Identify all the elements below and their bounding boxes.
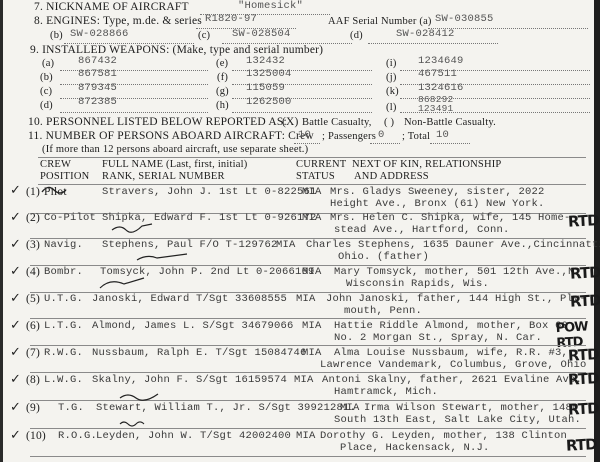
weapon-k-serial: 1324616 [418, 82, 464, 94]
crew-number: (5) [26, 293, 40, 305]
pen-scribble-icon [118, 390, 168, 402]
item11-note: (If more than 12 persons aboard aircraft… [42, 144, 308, 155]
crew-kin-line1: Irma Wilson Stewart, mother, 1480 [364, 402, 579, 414]
col-header-crew: CREW [40, 159, 71, 170]
crew-number: (10) [26, 430, 46, 442]
crew-status: MIA [302, 266, 322, 278]
crew-number: (1) [26, 186, 40, 198]
crew-kin-line1: Antoni Skalny, father, 2621 Evaline Ave. [322, 374, 582, 386]
pen-scribble-icon [40, 182, 100, 196]
crew-status: MIA [302, 186, 322, 198]
crew-kin-line2: stead Ave., Hartford, Conn. [334, 224, 510, 236]
checkmark-icon: ✓ [10, 291, 21, 306]
checkmark-icon: ✓ [10, 428, 21, 443]
weapon-f-label: (f) [217, 72, 228, 83]
crew-number: (2) [26, 212, 40, 224]
handwritten-rtd-mark: RTD [568, 211, 599, 231]
weapon-g-serial: 115059 [246, 82, 285, 94]
weapon-i-serial: 1234649 [418, 55, 464, 67]
weapon-d-serial: 872385 [78, 96, 117, 108]
crew-status: MIA [302, 347, 322, 359]
item8-label: 8. ENGINES: Type, m.de. & series [34, 15, 202, 27]
checkmark-icon: ✓ [10, 345, 21, 360]
pen-scribble-icon [135, 250, 195, 264]
crew-position: Co-Pilot [44, 212, 96, 224]
checkmark-icon: ✓ [10, 318, 21, 333]
crew-status: MIA [302, 320, 322, 332]
crew-status: MIA [294, 374, 314, 386]
header-rule [38, 157, 586, 158]
crew-kin-line1: Charles Stephens, 1635 Dauner Ave.,Cinci… [306, 239, 600, 251]
weapon-d-label: (d) [40, 100, 53, 111]
pen-scribble-icon [118, 418, 158, 428]
crew-kin-line2: Place, Hackensack, N.J. [340, 442, 490, 454]
pen-scribble-icon [110, 222, 160, 234]
row-rule [30, 400, 586, 401]
checkmark-icon: ✓ [10, 237, 21, 252]
passengers-label: ; Passengers [322, 131, 376, 142]
scan-edge-right [594, 0, 600, 462]
col-header-full-name: FULL NAME (Last, first, initial) [102, 159, 247, 170]
crew-status: MIA [276, 239, 296, 251]
crew-name-rank-serial: Janoski, Edward T/Sgt 33608555 [92, 293, 287, 305]
battle-casualty-label: Battle Casualty, [302, 117, 372, 128]
crew-number: (8) [26, 374, 40, 386]
crew-kin-line1: Mrs. Gladys Sweeney, sister, 2022 [330, 186, 545, 198]
crew-kin-line1: Hattie Riddle Almond, mother, Box 60 [334, 320, 568, 332]
crew-kin-line2: Lawrence Vandemark, Columbus, Grove, Ohi… [320, 359, 587, 371]
handwritten-rtd-mark: RTD [566, 435, 597, 455]
weapon-c-label: (c) [40, 86, 52, 97]
crew-kin-line2: No. 2 Morgan St., Spray, N. Car. [334, 332, 542, 344]
crew-name-rank-serial: Skalny, John F. S/Sgt 16159574 [92, 374, 287, 386]
crew-kin-line2: mouth, Penn. [344, 305, 422, 317]
crew-kin-line1: Dorothy G. Leyden, mother, 138 Clinton [320, 430, 567, 442]
weapon-i-label: (i) [386, 58, 397, 69]
handwritten-rtd-mark: RTD [570, 263, 600, 283]
handwritten-rtd-mark: RTD [568, 369, 599, 389]
missing-aircrew-report-page: 7. NICKNAME OF AIRCRAFT "Homesick" 8. EN… [0, 0, 600, 462]
col-header-current: CURRENT [296, 159, 346, 170]
handwritten-rtd-mark: RTD [568, 345, 599, 365]
crew-kin-line1: Mary Tomsyck, mother, 501 12th Ave.,N. [334, 266, 581, 278]
crew-kin-line2: Hamtramck, Mich. [334, 386, 438, 398]
crew-number: (7) [26, 347, 40, 359]
engine-b-label: (b) [50, 30, 63, 41]
handwritten-rtd-mark: RTD [568, 399, 599, 419]
engine-serial-d: SW-028412 [396, 28, 455, 40]
non-battle-label: Non-Battle Casualty. [404, 117, 496, 128]
crew-status: MIA [340, 402, 360, 414]
engine-serial-c: SW-028504 [232, 28, 291, 40]
weapon-j-label: (j) [386, 72, 397, 83]
crew-position: L.W.G. [44, 374, 83, 386]
crew-position: U.T.G. [44, 293, 83, 305]
battle-casualty-mark: (X) [282, 116, 299, 128]
item7-label: 7. NICKNAME OF AIRCRAFT [34, 1, 189, 13]
checkmark-icon: ✓ [10, 400, 21, 415]
table-top-rule [38, 184, 586, 185]
weapon-c-serial: 879345 [78, 82, 117, 94]
row-rule [30, 372, 586, 373]
crew-kin-line1: Alma Louise Nussbaum, wife, R.R. #3, [334, 347, 568, 359]
crew-count: 10 [298, 129, 311, 141]
crew-kin-line2: Wisconsin Rapids, Wis. [346, 278, 489, 290]
col-header-rank-serial: RANK, SERIAL NUMBER [102, 171, 225, 182]
handwritten-rtd-mark: RTD [570, 291, 600, 311]
crew-status: MIA [296, 430, 316, 442]
weapon-e-label: (e) [216, 58, 228, 69]
crew-name-rank-serial: Nussbaum, Ralph E. T/Sgt 15084746 [92, 347, 307, 359]
crew-name-rank-serial: Stravers, John J. 1st Lt 0-822561 [102, 186, 317, 198]
row-rule [30, 318, 586, 319]
weapon-j-serial: 467511 [418, 68, 457, 80]
weapon-f-serial: 1325004 [246, 68, 292, 80]
crew-position: Bombr. [44, 266, 83, 278]
weapon-g-label: (g) [216, 86, 229, 97]
weapon-h-underline [232, 112, 372, 113]
engine-serial-b: SW-028866 [70, 28, 129, 40]
engine-c-label: (c) [198, 30, 210, 41]
crew-position: Navig. [44, 239, 83, 251]
weapon-a-serial: 867432 [78, 55, 117, 67]
passengers-count: 0 [378, 129, 385, 141]
crew-kin-line2: Ohio. (father) [338, 251, 429, 263]
weapon-e-serial: 132432 [246, 55, 285, 67]
crew-number: (9) [26, 402, 40, 414]
crew-kin-line2: Height Ave., Bronx (61) New York. [330, 198, 545, 210]
non-battle-mark: ( ) [384, 117, 394, 128]
row-rule [30, 456, 586, 457]
crew-status: MIA [302, 212, 322, 224]
engine-serial-a: SW-030855 [435, 13, 494, 25]
crew-name-rank-serial: Almond, James L. S/Sgt 34679066 [92, 320, 294, 332]
total-label: ; Total [402, 131, 430, 142]
weapon-l-underline [400, 112, 590, 113]
weapon-h-serial: 1262500 [246, 96, 292, 108]
crew-position: R.W.G. [44, 347, 83, 359]
crew-number: (4) [26, 266, 40, 278]
weapon-a-label: (a) [42, 58, 54, 69]
col-header-address: AND ADDRESS [354, 171, 429, 182]
checkmark-icon: ✓ [10, 372, 21, 387]
aaf-serial-label: AAF Serial Number (a) [328, 16, 432, 27]
crew-position: L.T.G. [44, 320, 83, 332]
weapon-d-underline [60, 112, 208, 113]
total-underline [430, 143, 470, 144]
crew-name-rank-serial: Leyden, John W. T/Sgt 42002400 [96, 430, 291, 442]
crew-kin-line1: Mrs. Helen C. Shipka, wife, 145 Home- [330, 212, 571, 224]
crew-kin-line1: John Janoski, father, 144 High St., Ply- [326, 293, 586, 305]
crew-name-rank-serial: Stewart, William T., Jr. S/Sgt 39921281. [96, 402, 356, 414]
passengers-underline [370, 143, 400, 144]
weapon-b-serial: 867581 [78, 68, 117, 80]
col-header-status: STATUS [296, 171, 335, 182]
scan-edge-left [0, 0, 3, 462]
crew-position: T.G. [58, 402, 84, 414]
checkmark-icon: ✓ [10, 183, 21, 198]
crew-status: MIA [296, 293, 316, 305]
row-rule [30, 428, 586, 429]
col-header-next-of-kin: NEXT OF KIN, RELATIONSHIP [352, 159, 501, 170]
pen-scribble-icon [98, 276, 148, 290]
crew-position: R.O.G. [58, 430, 97, 442]
item10-label: 10. PERSONNEL LISTED BELOW REPORTED AS: [28, 116, 287, 128]
total-count: 10 [436, 129, 449, 141]
weapon-b-label: (b) [40, 72, 53, 83]
engine-d-underline [368, 43, 498, 44]
weapon-k-label: (k) [386, 86, 399, 97]
weapon-h-label: (h) [216, 100, 229, 111]
row-rule [30, 345, 586, 346]
aircraft-nickname: "Homesick" [238, 0, 303, 12]
crew-kin-line2: South 13th East, Salt Lake City, Utah. [334, 414, 581, 426]
engine-d-label: (d) [350, 30, 363, 41]
col-header-position: POSITION [40, 171, 89, 182]
crew-number: (6) [26, 320, 40, 332]
engine-type: R1820-97 [205, 13, 257, 25]
item11-label: 11. NUMBER OF PERSONS ABOARD AIRCRAFT: C… [28, 130, 314, 142]
checkmark-icon: ✓ [10, 264, 21, 279]
checkmark-icon: ✓ [10, 210, 21, 225]
crew-number: (3) [26, 239, 40, 251]
weapon-l-label: (l) [386, 102, 397, 113]
